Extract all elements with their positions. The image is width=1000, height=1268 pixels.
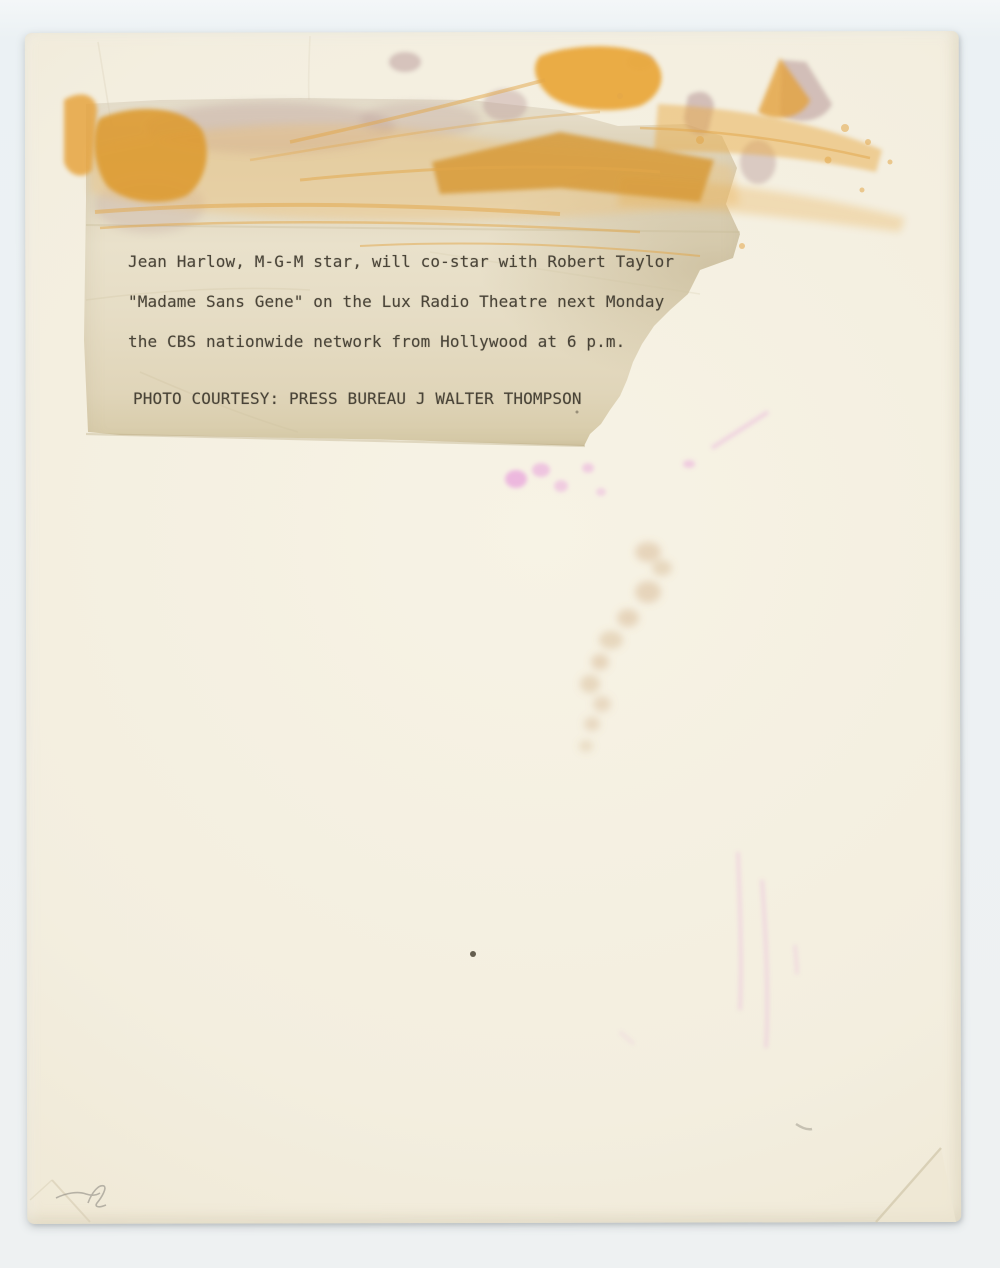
caption-line-3: the CBS nationwide network from Hollywoo… bbox=[128, 333, 625, 351]
scan-background: { "photo_back": { "description_label": "… bbox=[0, 0, 1000, 1268]
credit-line: PHOTO COURTESY: PRESS BUREAU J WALTER TH… bbox=[133, 390, 582, 408]
caption-line-2: "Madame Sans Gene" on the Lux Radio Thea… bbox=[128, 293, 664, 311]
caption-line-1: Jean Harlow, M-G-M star, will co-star wi… bbox=[128, 253, 674, 271]
